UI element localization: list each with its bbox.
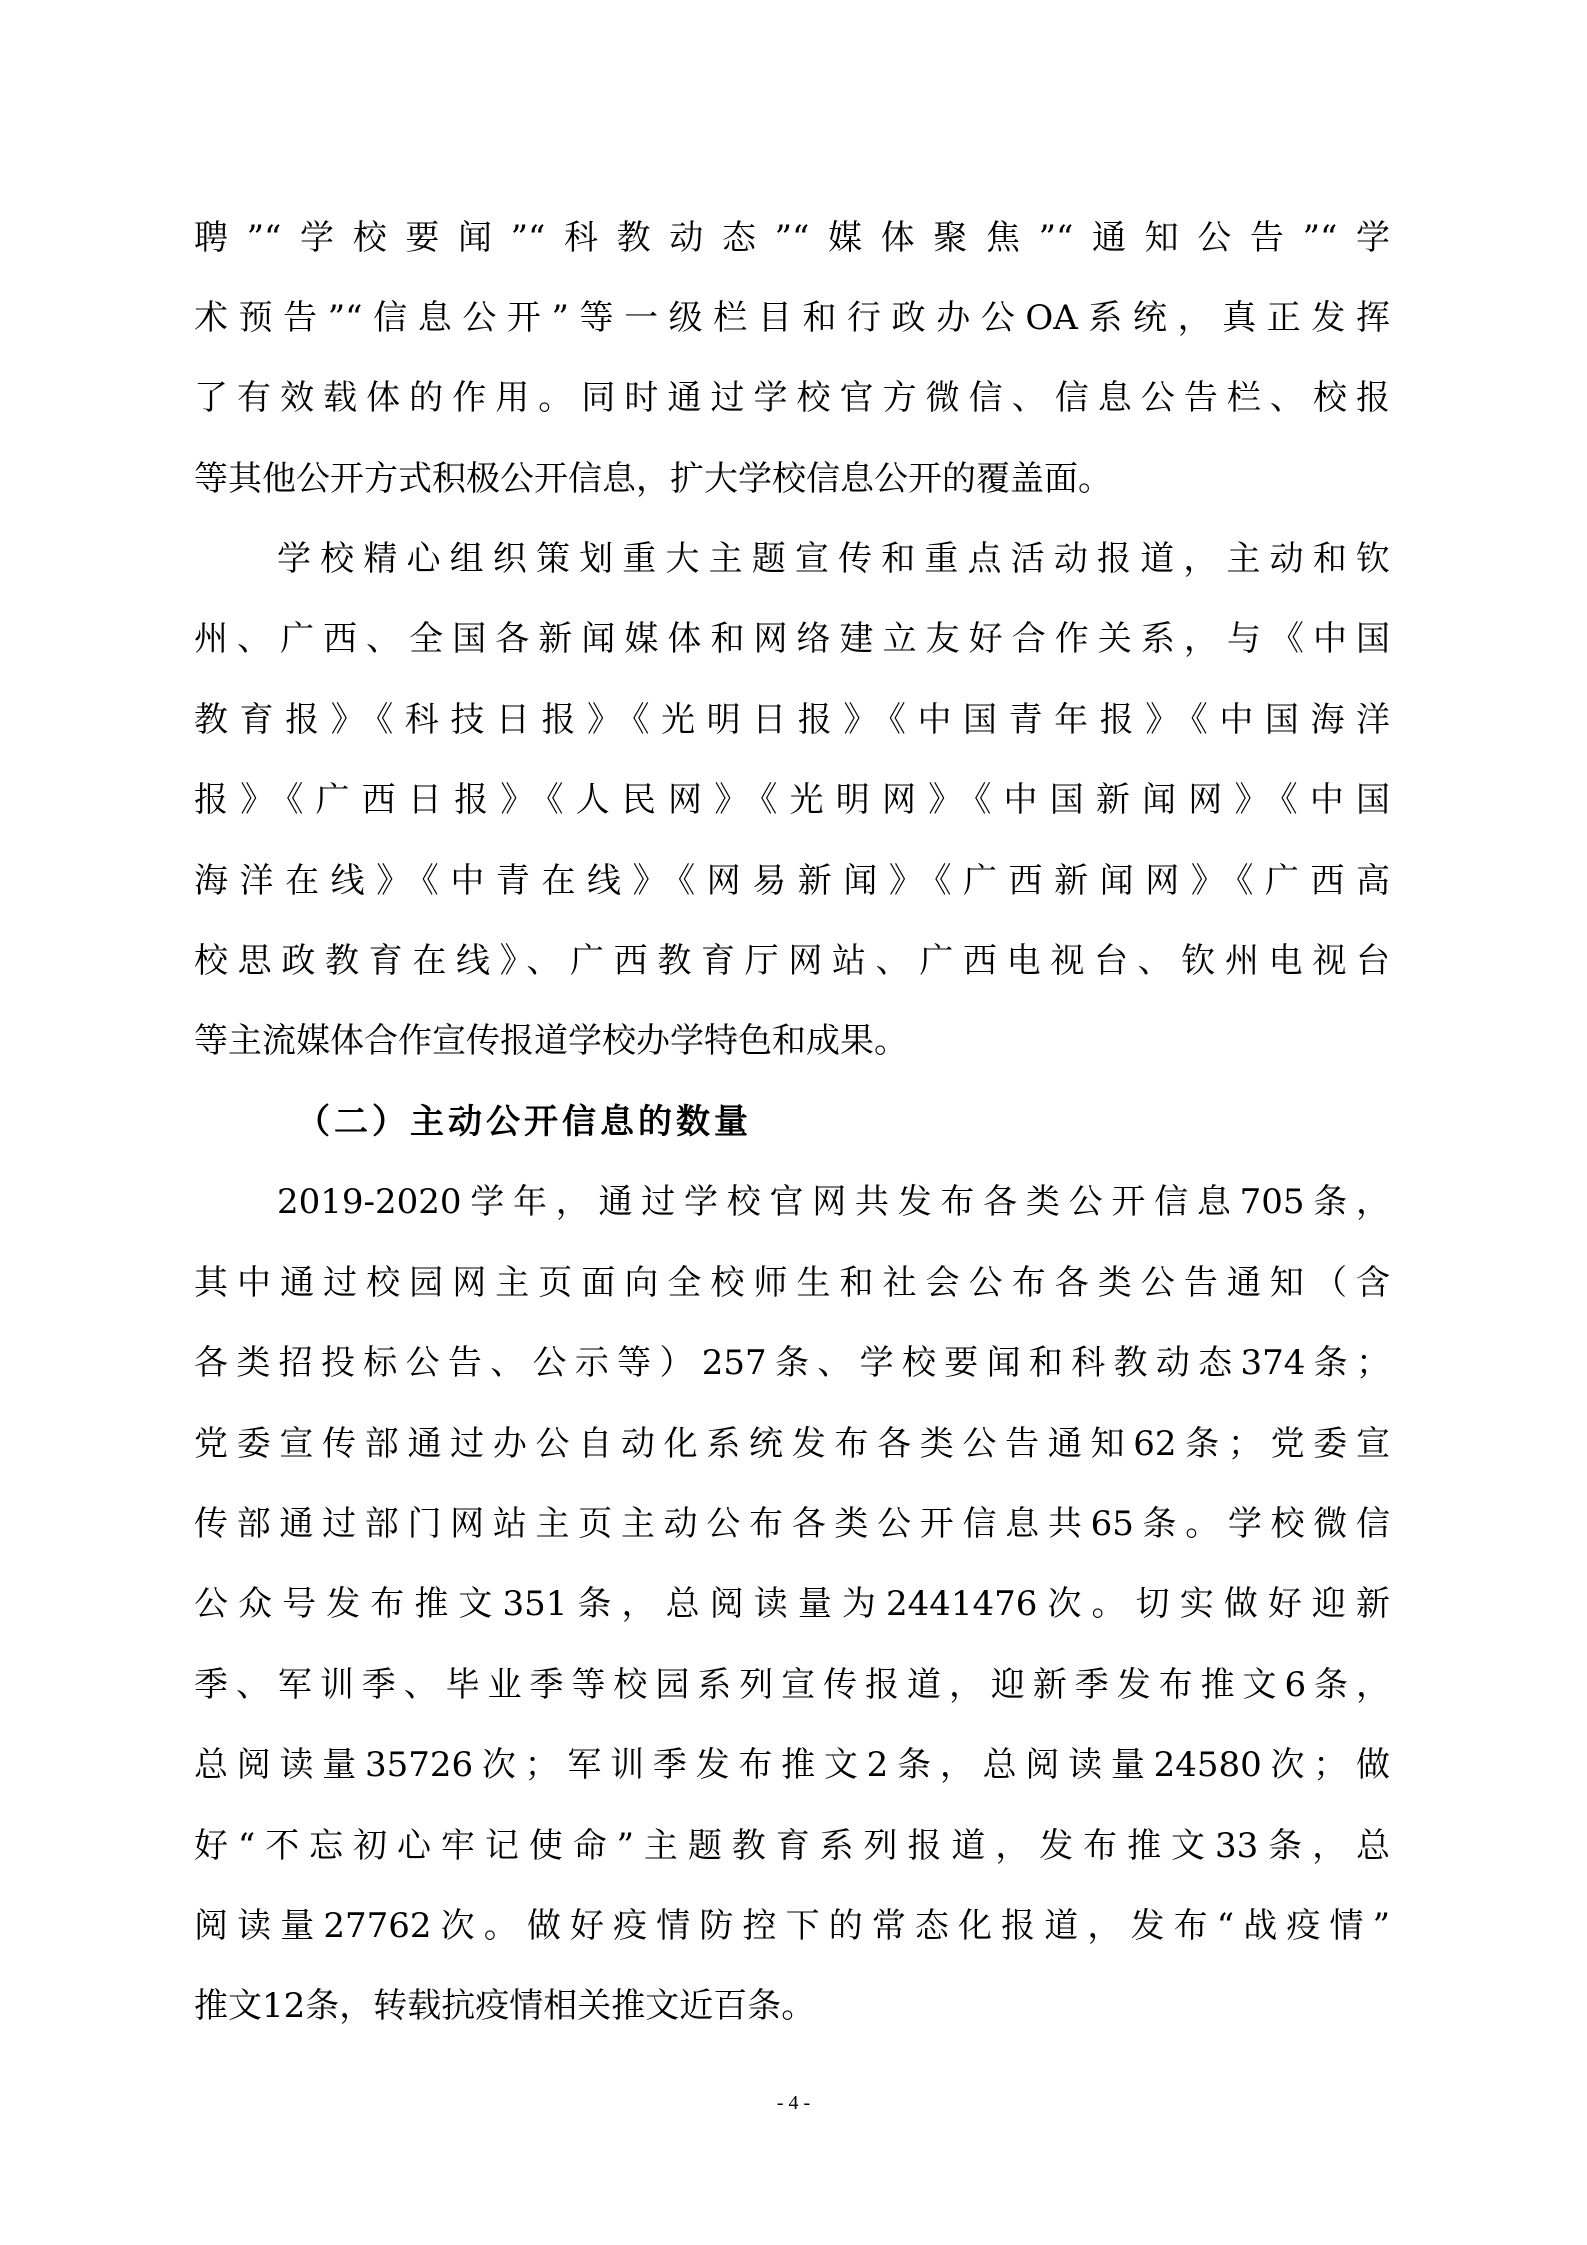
paragraph-line: 海洋在线》《中青在线》《网易新闻》《广西新闻网》《广西高 [194, 841, 1390, 921]
document-page: 聘”“学校要闻”“科教动态”“媒体聚焦”“通知公告”“学 术预告”“信息公开”等… [0, 0, 1587, 2245]
paragraph-line: 公众号发布推文351条，总阅读量为2441476次。切实做好迎新 [194, 1564, 1390, 1644]
paragraph-line: 等其他公开方式积极公开信息，扩大学校信息公开的覆盖面。 [194, 439, 1390, 519]
paragraph-line: 各类招投标公告、公示等）257条、学校要闻和科教动态374条； [194, 1323, 1390, 1403]
paragraph-line: 季、军训季、毕业季等校园系列宣传报道，迎新季发布推文6条， [194, 1645, 1390, 1725]
paragraph-line: 党委宣传部通过办公自动化系统发布各类公告通知62条；党委宣 [194, 1404, 1390, 1484]
paragraph-line: 学校精心组织策划重大主题宣传和重点活动报道，主动和钦 [277, 519, 1390, 599]
paragraph-line: 教育报》《科技日报》《光明日报》《中国青年报》《中国海洋 [194, 680, 1390, 760]
paragraph-line: 阅读量27762次。做好疫情防控下的常态化报道，发布“战疫情” [194, 1886, 1390, 1966]
paragraph-line: 好“不忘初心牢记使命”主题教育系列报道，发布推文33条，总 [194, 1806, 1390, 1886]
section-heading: （二）主动公开信息的数量 [296, 1082, 896, 1162]
paragraph-line: 聘”“学校要闻”“科教动态”“媒体聚焦”“通知公告”“学 [194, 198, 1390, 278]
paragraph-line: 了有效载体的作用。同时通过学校官方微信、信息公告栏、校报 [194, 358, 1390, 438]
paragraph-line: 校思政教育在线》、广西教育厅网站、广西电视台、钦州电视台 [194, 921, 1390, 1001]
paragraph-line: 总阅读量35726次；军训季发布推文2条，总阅读量24580次；做 [194, 1725, 1390, 1805]
paragraph-line: 州、广西、全国各新闻媒体和网络建立友好合作关系，与《中国 [194, 599, 1390, 679]
paragraph-line: 推文12条，转载抗疫情相关推文近百条。 [194, 1966, 1390, 2046]
paragraph-line: 2019-2020学年，通过学校官网共发布各类公开信息705条， [277, 1162, 1390, 1242]
paragraph-line: 等主流媒体合作宣传报道学校办学特色和成果。 [194, 1001, 1390, 1081]
paragraph-line: 术预告”“信息公开”等一级栏目和行政办公OA系统，真正发挥 [194, 278, 1390, 358]
paragraph-line: 报》《广西日报》《人民网》《光明网》《中国新闻网》《中国 [194, 760, 1390, 840]
page-number: - 4 - [0, 2092, 1587, 2115]
paragraph-line: 其中通过校园网主页面向全校师生和社会公布各类公告通知（含 [194, 1243, 1390, 1323]
paragraph-line: 传部通过部门网站主页主动公布各类公开信息共65条。学校微信 [194, 1484, 1390, 1564]
